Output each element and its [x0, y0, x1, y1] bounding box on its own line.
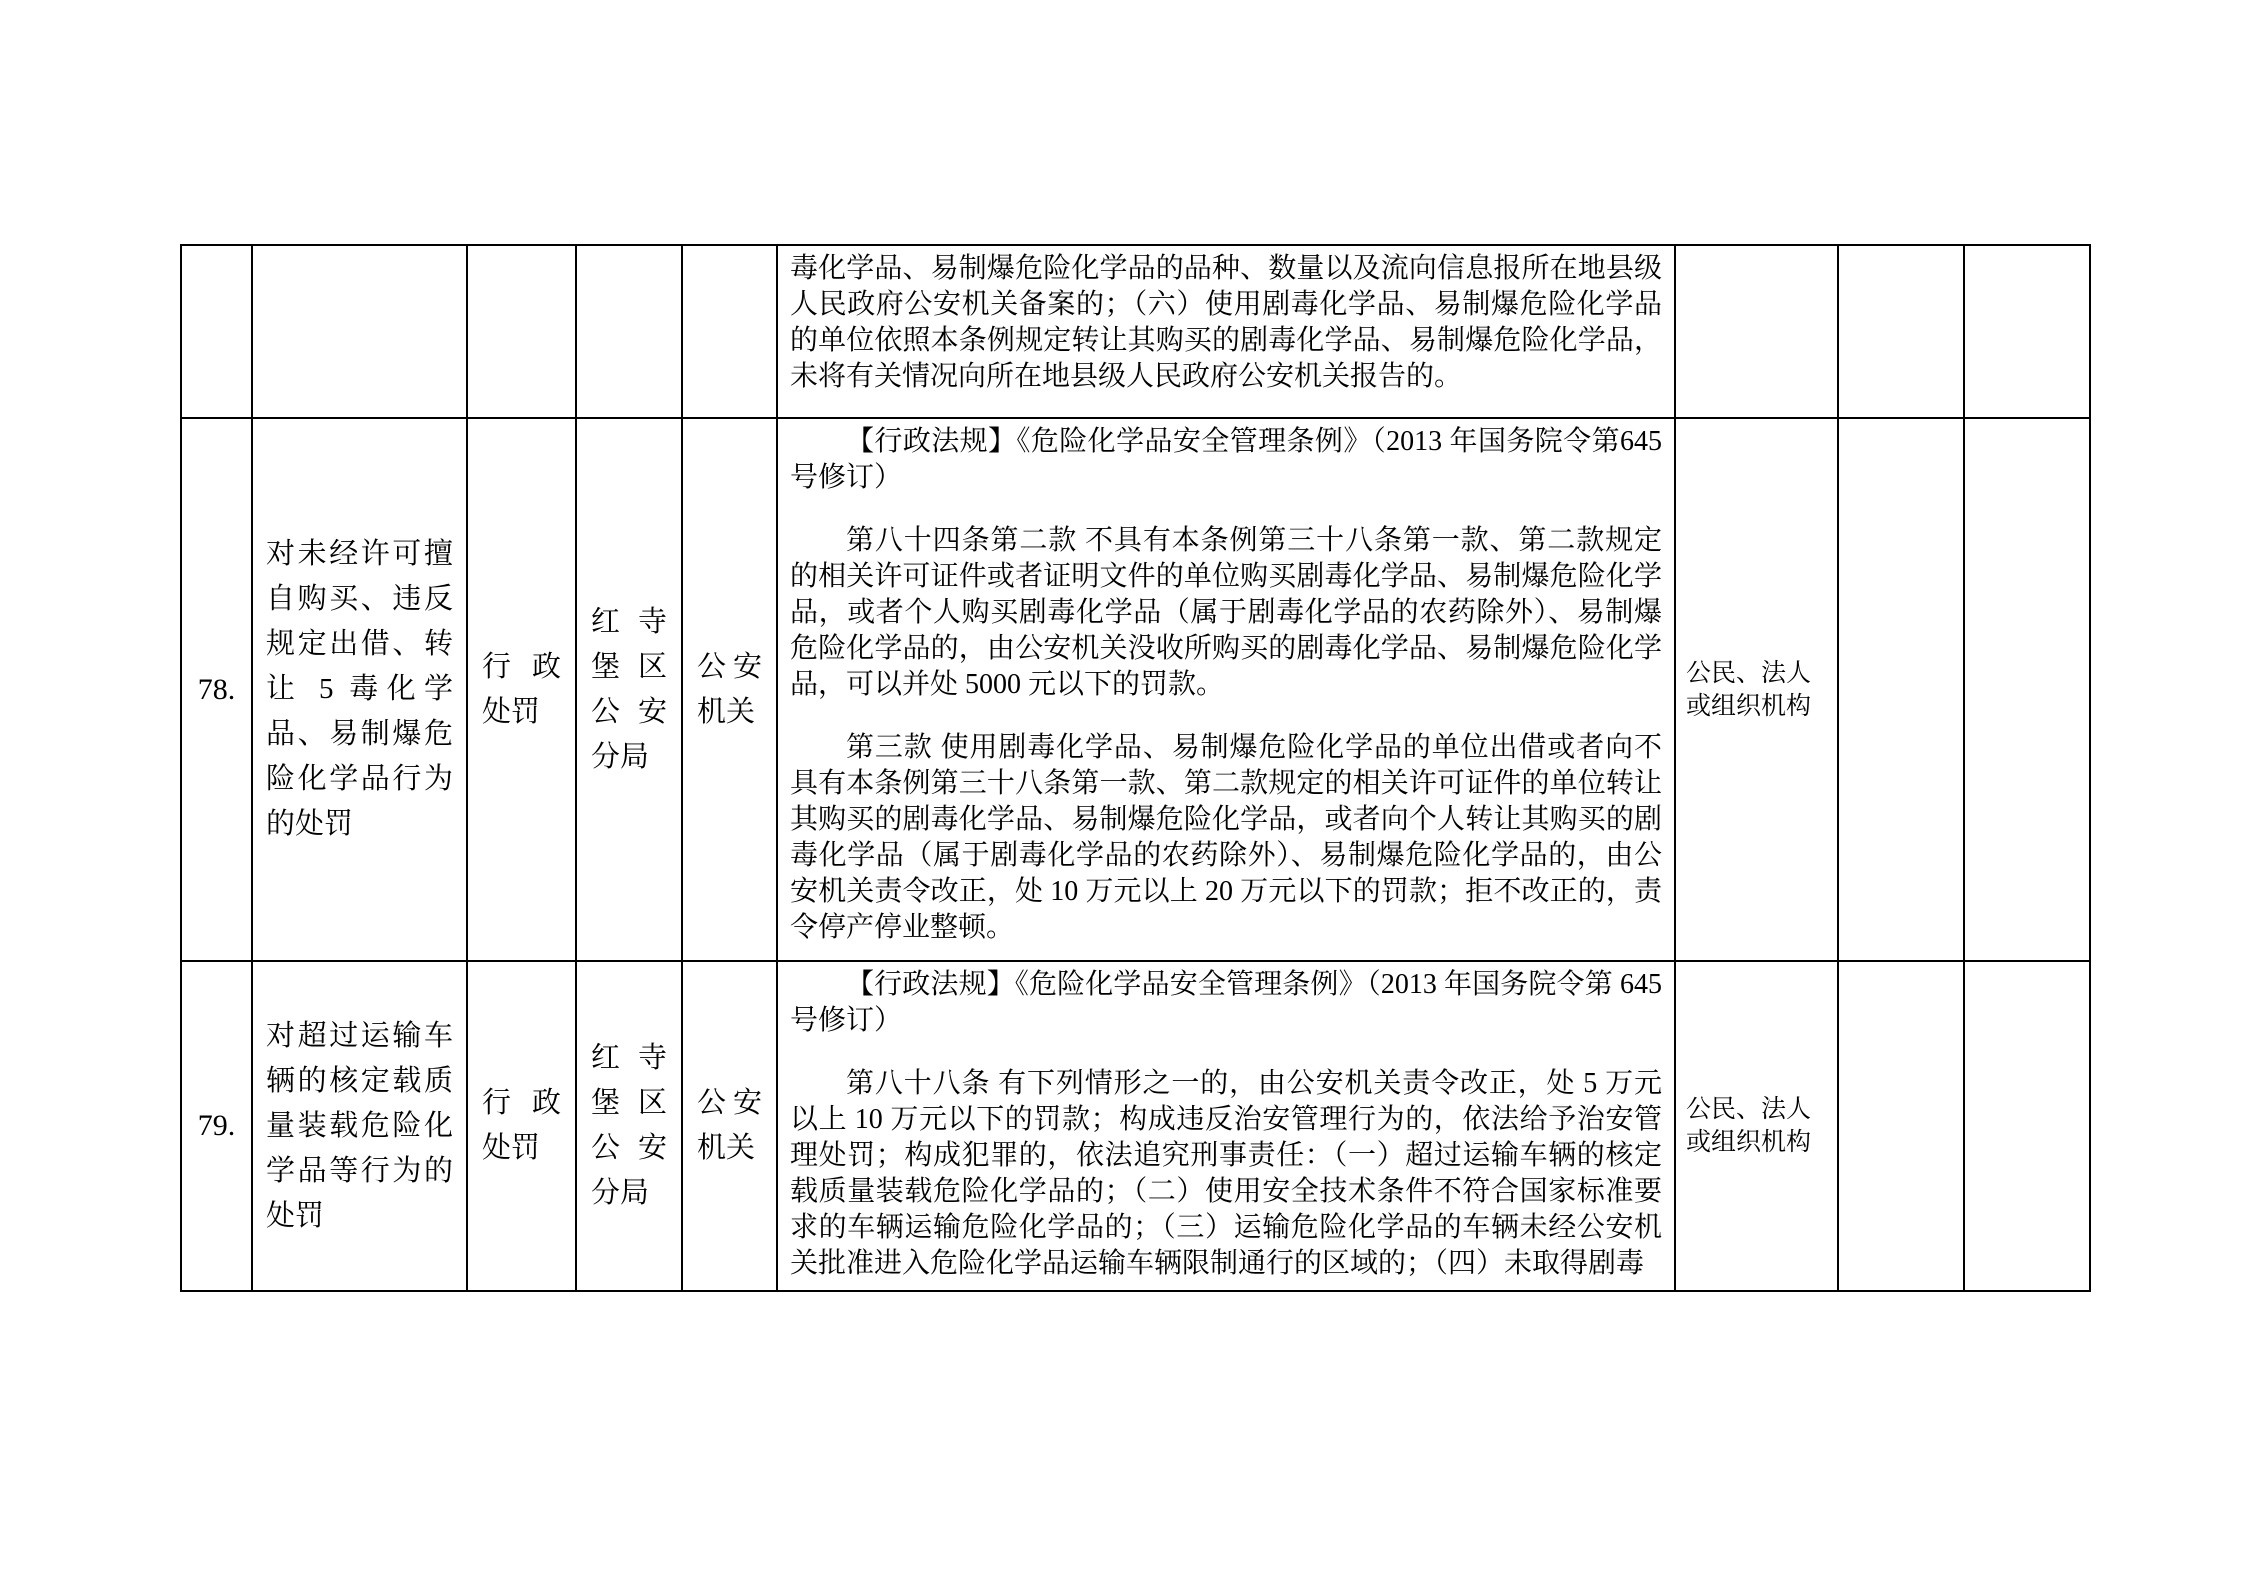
penalty-items-table: 毒化学品、易制爆危险化学品的品种、数量以及流向信息报所在地县级人民政府公安机关备…	[180, 244, 2091, 1292]
legal-basis-paragraph: 【行政法规】《危险化学品安全管理条例》（2013 年国务院令第645 号修订）	[790, 424, 1662, 496]
cell-agency-category: 公安机关	[682, 418, 777, 961]
legal-basis-paragraph: 毒化学品、易制爆危险化学品的品种、数量以及流向信息报所在地县级人民政府公安机关备…	[790, 251, 1662, 395]
cell-implementing-agency: 红寺堡区公安分局	[576, 418, 682, 961]
cell-agency-category: 公安机关	[682, 961, 777, 1291]
cell-item-name: 对未经许可擅自购买、违反规定出借、转让 5 毒化学品、易制爆危险化学品行为的处罚	[252, 418, 467, 961]
cell-empty-1	[1838, 418, 1964, 961]
cell-number	[181, 245, 252, 418]
table-row-continuation: 毒化学品、易制爆危险化学品的品种、数量以及流向信息报所在地县级人民政府公安机关备…	[181, 245, 2090, 418]
cell-legal-basis: 【行政法规】《危险化学品安全管理条例》（2013 年国务院令第645 号修订） …	[777, 418, 1675, 961]
table-row-78: 78. 对未经许可擅自购买、违反规定出借、转让 5 毒化学品、易制爆危险化学品行…	[181, 418, 2090, 961]
cell-number: 79.	[181, 961, 252, 1291]
cell-implementing-agency: 红寺堡区公安分局	[576, 961, 682, 1291]
cell-empty-2	[1964, 418, 2090, 961]
table-row-79: 79. 对超过运输车辆的核定载质量装载危险化学品等行为的处罚 行政处罚 红寺堡区…	[181, 961, 2090, 1291]
legal-basis-paragraph: 【行政法规】《危险化学品安全管理条例》（2013 年国务院令第 645 号修订）	[790, 967, 1662, 1039]
cell-target: 公民、法人或组织机构	[1675, 418, 1838, 961]
cell-agency-category	[682, 245, 777, 418]
cell-penalty-type: 行政处罚	[467, 961, 576, 1291]
cell-empty-1	[1838, 961, 1964, 1291]
legal-basis-paragraph: 第八十四条第二款 不具有本条例第三十八条第一款、第二款规定的相关许可证件或者证明…	[790, 523, 1662, 703]
cell-empty-1	[1838, 245, 1964, 418]
cell-implementing-agency	[576, 245, 682, 418]
cell-number: 78.	[181, 418, 252, 961]
cell-legal-basis: 【行政法规】《危险化学品安全管理条例》（2013 年国务院令第 645 号修订）…	[777, 961, 1675, 1291]
cell-empty-2	[1964, 961, 2090, 1291]
cell-target	[1675, 245, 1838, 418]
cell-item-name	[252, 245, 467, 418]
document-page: 毒化学品、易制爆危险化学品的品种、数量以及流向信息报所在地县级人民政府公安机关备…	[0, 0, 2245, 1587]
legal-basis-paragraph: 第三款 使用剧毒化学品、易制爆危险化学品的单位出借或者向不具有本条例第三十八条第…	[790, 730, 1662, 946]
cell-legal-basis: 毒化学品、易制爆危险化学品的品种、数量以及流向信息报所在地县级人民政府公安机关备…	[777, 245, 1675, 418]
cell-penalty-type	[467, 245, 576, 418]
legal-basis-paragraph: 第八十八条 有下列情形之一的，由公安机关责令改正，处 5 万元以上 10 万元以…	[790, 1066, 1662, 1282]
cell-empty-2	[1964, 245, 2090, 418]
cell-penalty-type: 行政处罚	[467, 418, 576, 961]
cell-target: 公民、法人或组织机构	[1675, 961, 1838, 1291]
cell-item-name: 对超过运输车辆的核定载质量装载危险化学品等行为的处罚	[252, 961, 467, 1291]
